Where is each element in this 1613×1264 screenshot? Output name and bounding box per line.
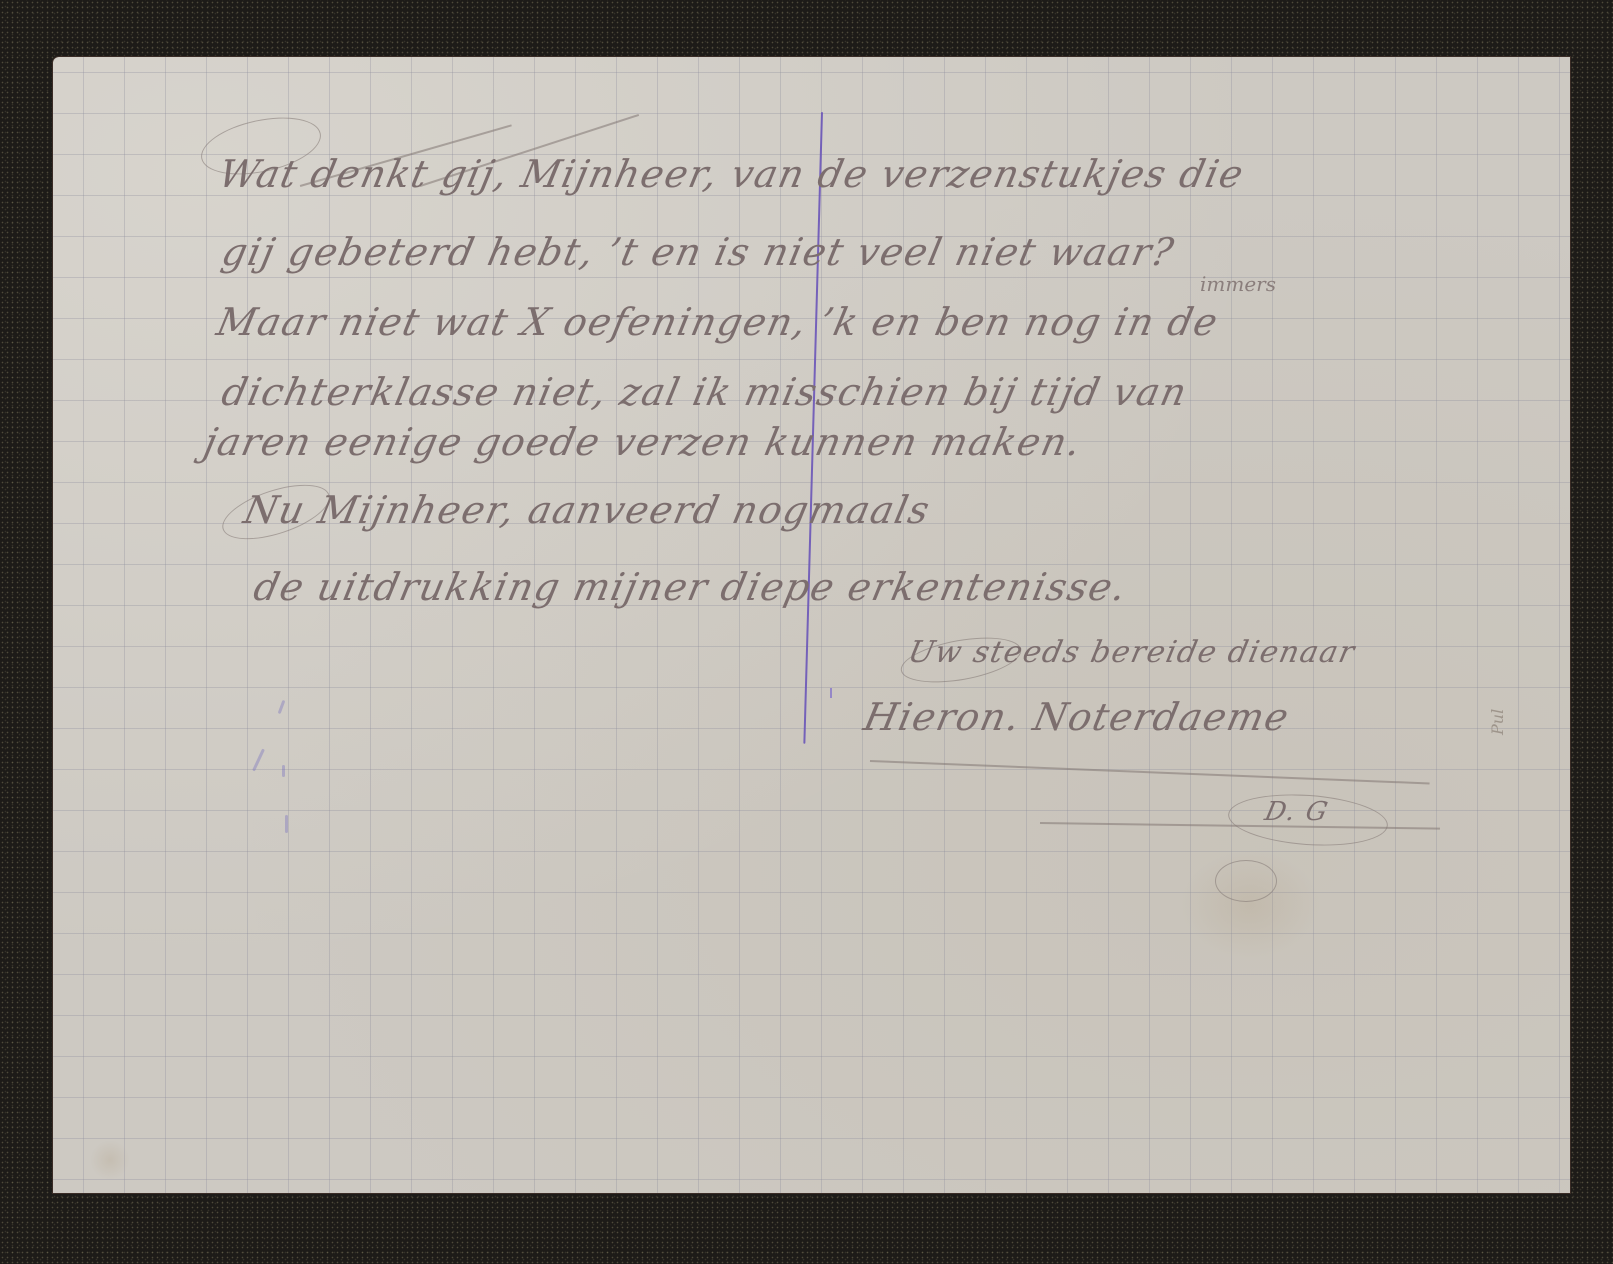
margin-pencil-note: Pul [1488, 709, 1507, 735]
closing-line: Uw steeds bereide dienaar [905, 635, 1359, 670]
letter-line-2: gij gebeterd hebt, ’t en is niet veel ni… [218, 230, 1179, 274]
letter-line-6: Nu Mijnheer, aanveerd nogmaals [240, 488, 935, 532]
letter-line-5: jaren eenige goede verzen kunnen maken. [200, 420, 1086, 464]
margin-tick-mark [830, 688, 838, 698]
signature: Hieron. Noterdaeme [860, 695, 1294, 739]
initials: D. G [1262, 797, 1332, 827]
paper-stain [90, 1140, 130, 1180]
ink-bleed-mark [285, 815, 288, 833]
letter-line-3: Maar niet wat X oefeningen, ’k en ben no… [213, 300, 1223, 344]
letter-line-7: de uitdrukking mijner diepe erkentenisse… [250, 565, 1131, 609]
signature-tail-flourish [1215, 860, 1277, 902]
letter-line-1: Wat denkt gij, Mijnheer, van de verzenst… [215, 152, 1248, 196]
ink-bleed-mark [282, 765, 285, 777]
letter-line-4: dichterklasse niet, zal ik misschien bij… [218, 370, 1192, 414]
letter-paper [53, 57, 1570, 1193]
interlinear-insert: immers [1200, 272, 1276, 296]
